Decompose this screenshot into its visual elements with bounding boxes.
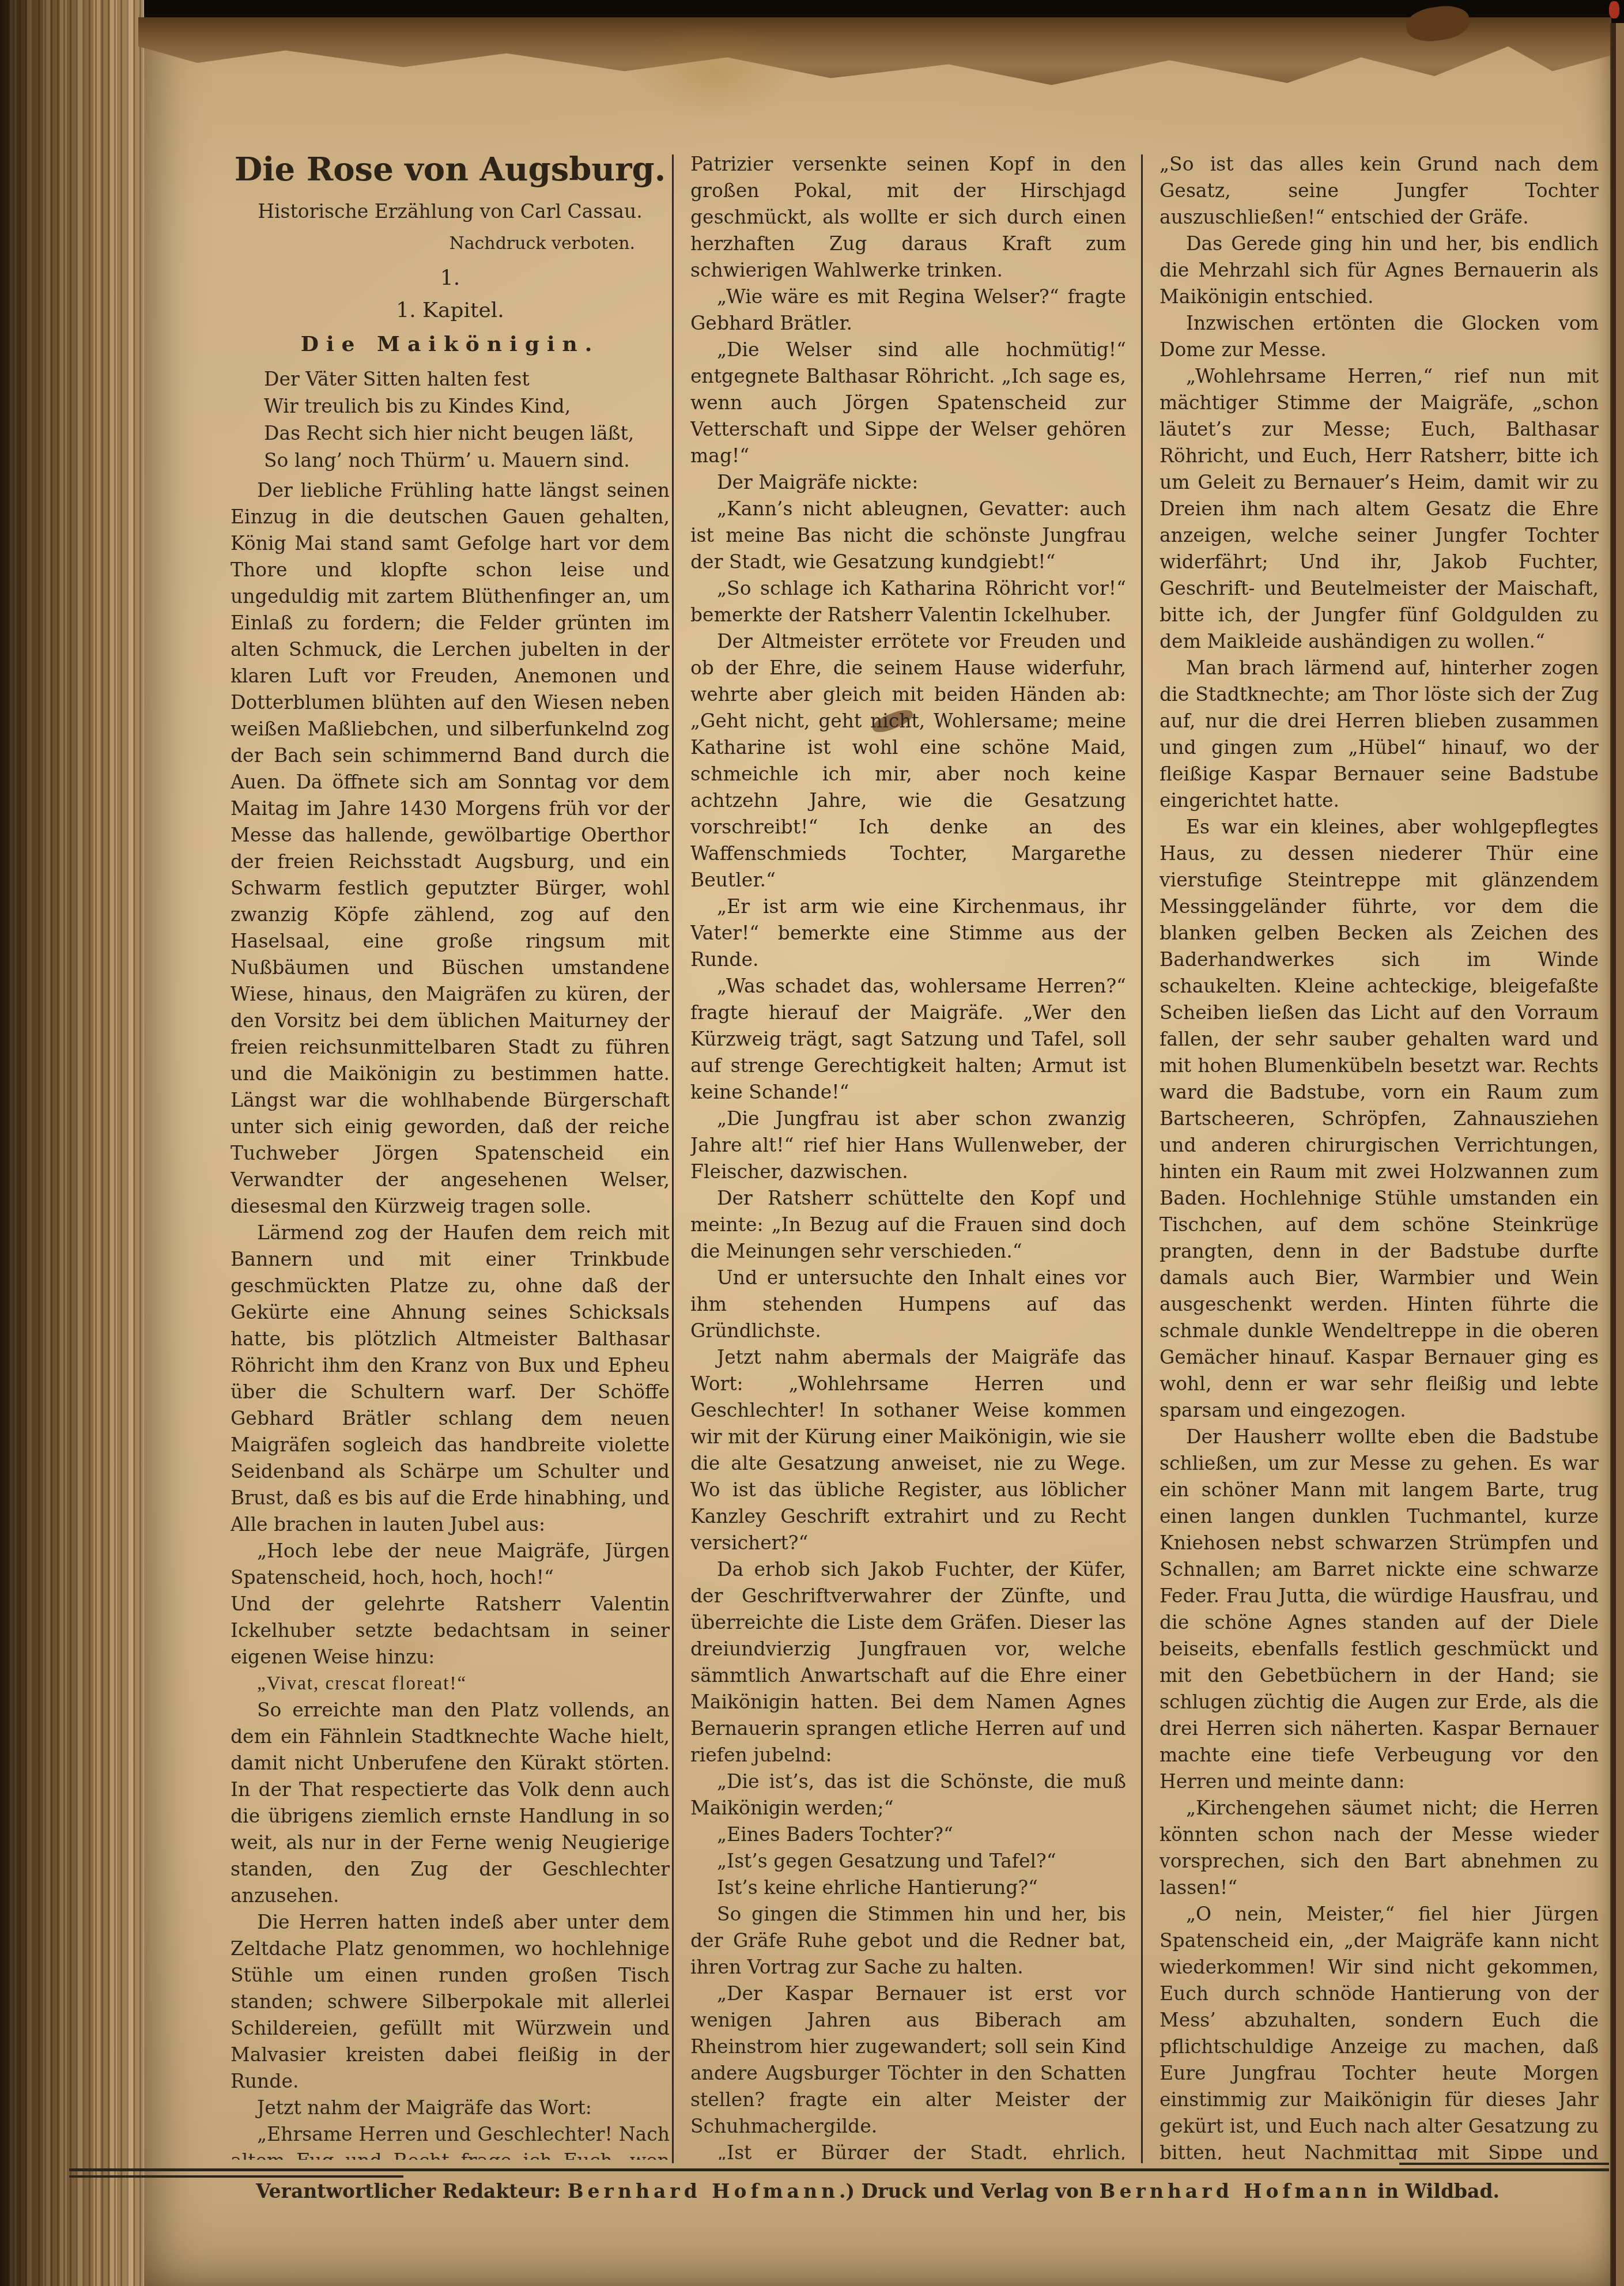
paragraph: Ist’s keine ehrliche Hantierung?“ — [690, 1874, 1126, 1901]
red-mark — [1609, 1, 1619, 18]
paragraph: So erreichte man den Platz vollends, an … — [231, 1697, 670, 1909]
paragraph: „So ist das alles kein Grund nach dem Ge… — [1160, 151, 1599, 231]
footer-rule-segment — [69, 2175, 403, 2178]
imprint-line: Verantwortlicher Redakteur: Bernhard Hof… — [144, 2180, 1611, 2202]
publisher-name: Bernhard Hofmann — [1100, 2180, 1371, 2202]
paragraph: „Er ist arm wie eine Kirchenmaus, ihr Va… — [690, 893, 1126, 973]
paragraph: Lärmend zog der Haufen dem reich mit Ban… — [231, 1220, 670, 1538]
paragraph: Und der gelehrte Ratsherr Valentin Ickel… — [231, 1591, 670, 1670]
paragraph: Da erhob sich Jakob Fuchter, der Küfer, … — [690, 1556, 1126, 1768]
chapter-title: Die Maikönigin. — [231, 331, 670, 357]
paragraph: Jetzt nahm der Maigräfe das Wort: — [231, 2095, 670, 2121]
chapter-number: 1. Kapitel. — [231, 297, 670, 324]
next-page-sliver — [1616, 23, 1624, 2286]
imprint-prefix: Verantwortlicher Redakteur: — [256, 2180, 568, 2202]
copyright-notice: Nachdruck verboten. — [231, 231, 670, 257]
paragraph: „Hoch lebe der neue Maigräfe, Jürgen Spa… — [231, 1538, 670, 1591]
imprint-suffix: in Wildbad. — [1371, 2180, 1500, 2202]
paragraph: „Wie wäre es mit Regina Welser?“ fragte … — [690, 284, 1126, 337]
paragraph: „Ist’s gegen Gesatzung und Tafel?“ — [690, 1848, 1126, 1874]
column-1: Die Rose von Augsburg. Historische Erzäh… — [231, 151, 670, 2160]
paragraph: „Was schadet das, wohlersame Herren?“ fr… — [690, 973, 1126, 1106]
column-3: „So ist das alles kein Grund nach dem Ge… — [1160, 151, 1599, 2160]
poem-line: Der Väter Sitten halten fest — [264, 365, 670, 393]
book-binding — [0, 0, 144, 2286]
column-2: Patrizier versenkte seinen Kopf in den g… — [690, 151, 1126, 2160]
paragraph: „So schlage ich Katharina Röhricht vor!“… — [690, 575, 1126, 628]
paragraph: „O nein, Meister,“ fiel hier Jürgen Spat… — [1160, 1901, 1599, 2160]
paragraph: Jetzt nahm abermals der Maigräfe das Wor… — [690, 1344, 1126, 1556]
paragraph: Und er untersuchte den Inhalt eines vor … — [690, 1265, 1126, 1344]
paragraph-latin: „Vivat, crescat floreat!“ — [231, 1670, 670, 1697]
editor-name: Bernhard Hofmann — [568, 2180, 839, 2202]
paragraph: „Die Welser sind alle hochmütig!“ entgeg… — [690, 337, 1126, 469]
paragraph: Der liebliche Frühling hatte längst sein… — [231, 477, 670, 1220]
column-divider — [672, 154, 674, 2163]
footer-rule — [69, 2168, 1609, 2171]
imprint-middle: .) Druck und Verlag von — [839, 2180, 1100, 2202]
column-divider — [1141, 154, 1143, 2163]
paragraph: „Kann’s nicht ableugnen, Gevatter: auch … — [690, 496, 1126, 575]
paragraph: „Ist er Bürger der Stadt, ehrlich, unbes… — [690, 2140, 1126, 2160]
article-title: Die Rose von Augsburg. — [231, 151, 670, 188]
paragraph: Inzwischen ertönten die Glocken vom Dome… — [1160, 310, 1599, 363]
paragraph: Es war ein kleines, aber wohlgepflegtes … — [1160, 814, 1599, 1424]
part-number: 1. — [231, 265, 670, 292]
paragraph: Der Altmeister errötete vor Freuden und … — [690, 628, 1126, 893]
poem-line: So lang’ noch Thürm’ u. Mauern sind. — [264, 447, 670, 474]
paragraph: Die Herren hatten indeß aber unter dem Z… — [231, 1909, 670, 2095]
paragraph: „Wohlehrsame Herren,“ rief nun mit mächt… — [1160, 363, 1599, 655]
paragraph: „Eines Baders Tochter?“ — [690, 1821, 1126, 1848]
paragraph: Man brach lärmend auf, hinterher zogen d… — [1160, 655, 1599, 814]
newspaper-scan: Die Rose von Augsburg. Historische Erzäh… — [0, 0, 1624, 2286]
footer-rule-segment — [1399, 2163, 1609, 2165]
poem-line: Wir treulich bis zu Kindes Kind, — [264, 393, 670, 420]
article-subtitle: Historische Erzählung von Carl Cassau. — [231, 198, 670, 225]
paragraph: „Der Kaspar Bernauer ist erst vor wenige… — [690, 1981, 1126, 2140]
paragraph: Der Maigräfe nickte: — [690, 469, 1126, 496]
paragraph: „Kirchengehen säumet nicht; die Herren k… — [1160, 1795, 1599, 1901]
paragraph: Der Ratsherr schüttelte den Kopf und mei… — [690, 1185, 1126, 1265]
paragraph: „Ehrsame Herren und Geschlechter! Nach a… — [231, 2121, 670, 2160]
opening-poem: Der Väter Sitten halten fest Wir treulic… — [264, 365, 670, 474]
paragraph: So gingen die Stimmen hin und her, bis d… — [690, 1901, 1126, 1981]
paragraph: „Die Jungfrau ist aber schon zwanzig Jah… — [690, 1106, 1126, 1185]
poem-line: Das Recht sich hier nicht beugen läßt, — [264, 420, 670, 447]
paragraph: Patrizier versenkte seinen Kopf in den g… — [690, 151, 1126, 284]
paragraph: Der Hausherr wollte eben die Badstube sc… — [1160, 1424, 1599, 1795]
paragraph: Das Gerede ging hin und her, bis endlich… — [1160, 231, 1599, 310]
paragraph: „Die ist’s, das ist die Schönste, die mu… — [690, 1768, 1126, 1821]
